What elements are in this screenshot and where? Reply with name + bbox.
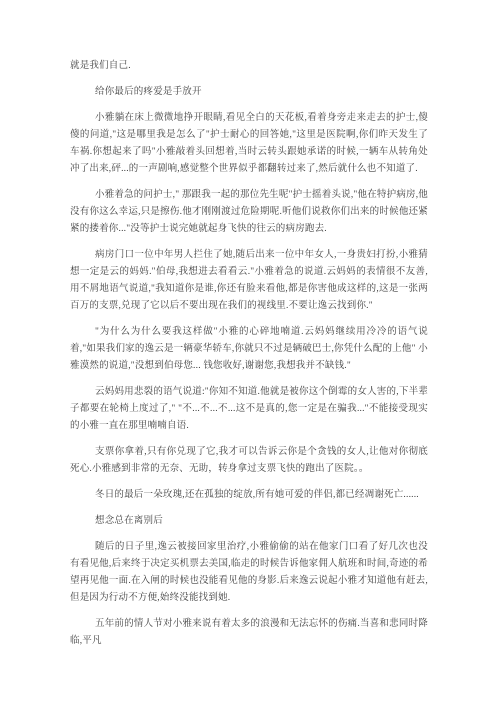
story-paragraph: 冬日的最后一朵玫瑰,还在孤独的绽放,所有她可爱的伴侣,都已经凋谢死亡...... bbox=[70, 487, 428, 504]
section-title-2: 想念总在离别后 bbox=[70, 513, 428, 530]
story-paragraph: 五年前的情人节对小雅来说有着太多的浪漫和无法忘怀的伤痛.当喜和悲同时降临,平凡 bbox=[70, 616, 428, 650]
story-paragraph: "为什么为什么要我这样做"小雅的心碎地喃道.云妈妈继续用冷冷的语气说着,"如果我… bbox=[70, 324, 428, 375]
story-paragraph: 支票你拿着,只有你兑现了它,我才可以告诉云你是个贪钱的女人,让他对你彻底死心.小… bbox=[70, 444, 428, 478]
story-paragraph: 病房门口一位中年男人拦住了她,随后出来一位中年女人,一身贵妇打扮,小雅猜想一定是… bbox=[70, 247, 428, 315]
article-body: 就是我们自己. 给你最后的疼爱是手放开 小雅躺在床上微微地挣开眼睛,看见全白的天… bbox=[70, 58, 428, 659]
story-paragraph: 小雅躺在床上微微地挣开眼睛,看见全白的天花板,看着身旁走来走去的护士,傻傻的问道… bbox=[70, 110, 428, 178]
story-paragraph: 小雅着急的问护士," 那跟我一起的那位先生呢"护士摇着头说,"他在特护病房,他没… bbox=[70, 187, 428, 238]
story-paragraph: 云妈妈用悲裂的语气说道:"你知不知道.他就是被你这个倒霉的女人害的,下半辈子都要… bbox=[70, 384, 428, 435]
section-title-1: 给你最后的疼爱是手放开 bbox=[70, 84, 428, 101]
story-continuation-line: 就是我们自己. bbox=[70, 58, 428, 75]
story-paragraph: 随后的日子里,逸云被接回家里治疗,小雅偷偷的站在他家门口看了好几次也没有看见他,… bbox=[70, 539, 428, 607]
